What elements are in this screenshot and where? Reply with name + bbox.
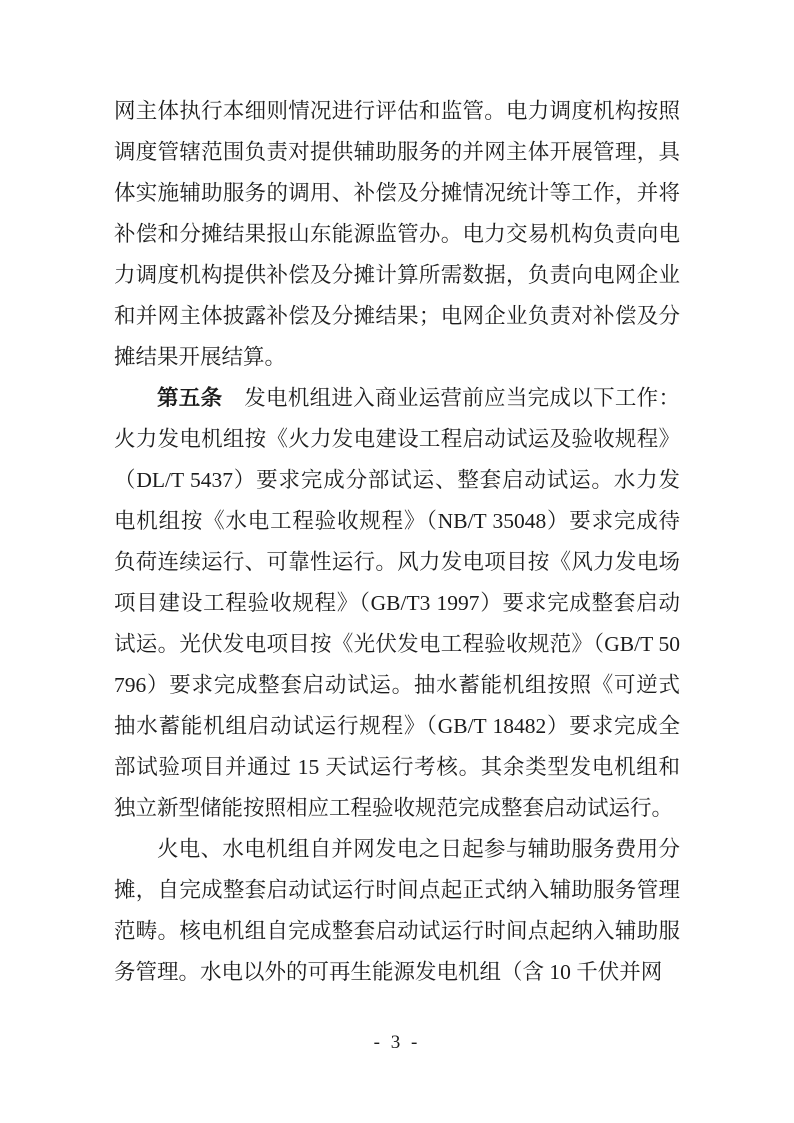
article-5-text: 发电机组进入商业运营前应当完成以下工作：火力发电机组按《火力发电建设工程启动试运… — [114, 386, 680, 820]
paragraph-continuation: 网主体执行本细则情况进行评估和监管。电力调度机构按照调度管辖范围负责对提供辅助服… — [114, 91, 680, 378]
document-body: 网主体执行本细则情况进行评估和监管。电力调度机构按照调度管辖范围负责对提供辅助服… — [114, 91, 680, 993]
document-page: 网主体执行本细则情况进行评估和监管。电力调度机构按照调度管辖范围负责对提供辅助服… — [0, 0, 794, 1123]
article-5-label: 第五条 — [157, 386, 222, 410]
page-number: - 3 - — [0, 1030, 794, 1056]
paragraph-article-5: 第五条 发电机组进入商业运营前应当完成以下工作：火力发电机组按《火力发电建设工程… — [114, 378, 680, 829]
paragraph-commissioning: 火电、水电机组自并网发电之日起参与辅助服务费用分摊，自完成整套启动试运行时间点起… — [114, 829, 680, 993]
